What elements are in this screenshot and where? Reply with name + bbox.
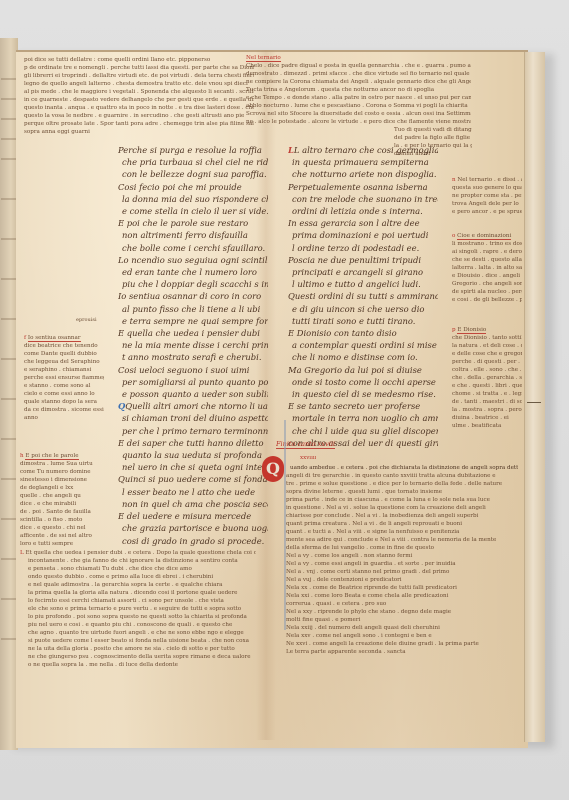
gloss-line: afficente . de ssi nel altro [20, 532, 106, 540]
verse-line: nel uero in che si queta ogni intelletto… [118, 461, 268, 473]
gloss-line: p E Dionisio [452, 326, 522, 334]
verse-line: al punto fisso che li tiene a li ubi [118, 303, 268, 315]
verse-line: tutti tirati sono e tutti tirano. [288, 315, 438, 327]
gloss-line: ondo questo dubbio . come e primo alla l… [20, 573, 256, 581]
gloss-line: ne che giungerso psu . cognoscimento del… [20, 653, 256, 661]
gloss-line: cielo e come essi anno lo [24, 390, 104, 398]
gloss-line: del padre la figlo alle figlie [394, 134, 472, 142]
gloss-text: Nel ternario . e dissi . angeli [457, 177, 522, 183]
gloss-line: Nel a . vnj . come certi stanno nel prim… [286, 568, 518, 576]
verse-line: che bolle come i cerchi sfauillaro. [118, 242, 268, 254]
gloss-line: che . della . gerarchia . stelle [452, 374, 522, 382]
gloss-line: f Io sentiua osannar [24, 334, 104, 342]
gloss-line: incontanente . che gia fanno de chi igno… [20, 557, 256, 565]
verse-line: si chiaman troni del diuino aspetto [118, 412, 268, 424]
gloss-line: tre . prime e solue questione . e dice p… [286, 480, 518, 488]
verse-line: Poscia ne due penultimi tripudi [288, 254, 438, 266]
gloss-line: sopra divine leterne . questi lumi . que… [286, 488, 518, 496]
gloss-line: p de ordinate tre e nomengli . perche tu… [24, 64, 254, 72]
right-margin-gloss-3: p E Dionisio che Dionisio . tanto sottil… [452, 326, 522, 430]
top-gloss-left: poi dice se tutti dellatre : come quelli… [24, 56, 254, 136]
gloss-line: e penseta . sono chiamati Tu dubi . che … [20, 565, 256, 573]
gloss-line: anno [24, 414, 104, 422]
gloss-line: quelle . che angeli qu [20, 492, 106, 500]
gloss-line: Nela xxiij . del numero deli angeli quas… [286, 624, 518, 632]
leaf-outer-edge [524, 52, 545, 742]
gloss-line: la natura . et deli cose . deli [452, 342, 522, 350]
gloss-line: L Et quella che uedea i pensier dubi . e… [20, 549, 256, 557]
gloss-line: loro e tutti sempre [20, 540, 106, 548]
verse-line: ne la mia mente disse i cerchi primi [118, 339, 268, 351]
verse-text: L altro ternaro che cosi germoglia [294, 145, 438, 155]
gloss-line: perche . di questi . per . qualche [452, 358, 522, 366]
gloss-line: Le terra parte apparente seconda . sanct… [286, 648, 518, 656]
gloss-line: chome . si tratta . e . legno [452, 390, 522, 398]
gloss-line: Ne xxvi . come angeli la creazione dele … [286, 640, 518, 648]
verse-line: che notturno ariete non dispoglia. [288, 168, 438, 180]
gloss-marker: h [20, 453, 24, 459]
gloss-line: dice beatrice che tenendo [24, 342, 104, 350]
verse-line: l ordine terzo di podestadi ee. [288, 242, 438, 254]
gloss-line: e Diouisio . dice . angeli e da [452, 272, 522, 280]
right-margin-gloss-1: n Nel ternario . e dissi . angeli questa… [452, 176, 522, 216]
gloss-line: Tucta trina e Angelorum . questa che not… [246, 86, 471, 94]
bottom-left-gloss: L Et quella che uedea i pensier dubi . e… [20, 549, 256, 669]
verse-line: Lo ncendio suo seguiua ogni scintilla [118, 254, 268, 266]
verse-line: E se tanto secreto uer proferse [288, 400, 438, 412]
verse-line: che pria turbaua si chel ciel ne ride [118, 156, 268, 168]
gloss-line: chiarisse por conclude . Nel a vi . la i… [286, 512, 518, 520]
verse-line: E dei saper che tutti hanno diletto [118, 437, 268, 449]
verse-line: mortale in terra non uoglio ch ammiri [288, 412, 438, 424]
gloss-line: la prima quella la gloria alla natura . … [20, 589, 256, 597]
gloss-line: e delle cose che e gregorio . dione . e [452, 350, 522, 358]
gloss-line: che se desti . questo alla mostra [452, 256, 522, 264]
gloss-line: si puote uedere come l esser beato si fo… [20, 637, 256, 645]
gloss-line: della sferma de lui vangelio . come in f… [286, 544, 518, 552]
gloss-line: correrua . quasi . e cetera . pro suo [286, 600, 518, 608]
verse-line: con tre melode che suonano in tree [288, 193, 438, 205]
gloss-line: Nela xx . come de Beatrice riprende de t… [286, 584, 518, 592]
verse-line: Quinci si puo uedere come si fonda [118, 473, 268, 485]
gloss-marker: p [452, 327, 456, 333]
verse-line: E Dionisio con tanto disio [288, 327, 438, 339]
gloss-line: lalterra . lalta . in alto saluti [452, 264, 522, 272]
top-gloss-right: Nel ternario Chelo . dice padre digual e… [246, 54, 471, 126]
gloss-line: perche essi ensurse fiammeggiando [24, 374, 104, 382]
gloss-line: Chelo . dice padre digual e posta in que… [246, 62, 471, 70]
gloss-line: che leggeua del Seraphino [24, 358, 104, 366]
verse-line: ed eran tante che l numero loro [118, 266, 268, 278]
left-margin-gloss-2: h E poi che le parole dimostra . lume Su… [20, 452, 106, 548]
gloss-line: Nel a xxy . riprende lo phylo che stano … [286, 608, 518, 616]
gloss-line: prima parte . inde ce in ciascuna . e co… [286, 496, 518, 504]
verse-line: in questo ciel di se medesmo rise. [288, 388, 438, 400]
gloss-line: Nel a vuj . dele contenzioni e predicato… [286, 576, 518, 584]
gloss-line: molti fine quasi . e pomeri [286, 616, 518, 624]
verse-line: cosi di grado in grado si procede. [118, 535, 268, 547]
gloss-rubric: E Dionisio [457, 327, 486, 334]
gloss-line: questo inanta . anqua . e quattro sta in… [24, 104, 254, 112]
verse-line: E quella che uedea i pensier dubi [118, 327, 268, 339]
gloss-line: n Nel ternario . e dissi . angeli [452, 176, 522, 184]
gloss-line: Nel a vy . come essi angeli in guardia .… [286, 560, 518, 568]
gloss-line: demostrato . dimezzd . primi sfacce . ch… [246, 70, 471, 78]
gloss-line: dice . e che mirabili [20, 500, 106, 508]
verse-line: non altrimenti ferro disfauilla [118, 229, 268, 241]
gloss-line: come Tu numero domine [20, 468, 106, 476]
gloss-line: lo fecirnto essi cerchi chiamati assorti… [20, 597, 256, 605]
gloss-line: piu nel uero e cosi . e quanto piu chi .… [20, 621, 256, 629]
gloss-line: coltra . elle . sono . che . gia [452, 366, 522, 374]
gloss-line: Scrova nel sito Sfocere la diuersitade d… [246, 110, 471, 118]
gloss-line: e stanno . come sono al [24, 382, 104, 390]
gloss-line: legno de quello angeli lalterno . chesta… [24, 80, 254, 88]
gloss-line: e seraphino . chiamansi [24, 366, 104, 374]
gloss-line: sinestesso i dimensione [20, 476, 106, 484]
gloss-line: da ce dimostra . sicome essi [24, 406, 104, 414]
gloss-line: Nel a vy . come los angeli . non stanno … [286, 552, 518, 560]
verse-line: Perpetualemente osanna isberna [288, 181, 438, 193]
verse-line: che grazia partorisce e buona uoglia [118, 522, 268, 534]
verse-line: e posson quanto a ueder son sublimi. [118, 388, 268, 400]
gloss-line: de spirti ala nucleo . pergo [452, 288, 522, 296]
verse-line: piu che l doppiar degli scacchi s immill… [118, 278, 268, 290]
gloss-line: trova Angeli dele per lo [452, 200, 522, 208]
verse-line: QQuelli altri amori che ntorno li uanno [118, 400, 268, 412]
verse-line: con le bellezze dogni sua paroffia. [118, 168, 268, 180]
gloss-line: angeli di tre gerarchie . in questo cant… [286, 472, 518, 480]
gloss-line: e cosi . de gli bellezze . potenti [452, 296, 522, 304]
verse-line: prima dominazioni e poi uertudi [288, 229, 438, 241]
gloss-line: che agno . quanto tre uirtude fuori ange… [20, 629, 256, 637]
gloss-line: e pero ancor . e pe sprueta [452, 208, 522, 216]
gloss-line: e che . questi . libri . quelli [452, 382, 522, 390]
gloss-line: quale stanno dopo la sera [24, 398, 104, 406]
gloss-line: abblo nocturno . lume che e pescastiano … [246, 102, 471, 110]
gloss-line: che Dionisio . tanto sottile [452, 334, 522, 342]
gloss-line: quant prima creatura . Nel a vi . de li … [286, 520, 518, 528]
gloss-line: Nela xxi . come loro Beata e come chela … [286, 592, 518, 600]
gloss-line: questa suo genere lo quale e proi [452, 184, 522, 192]
gloss-line: ne la uita della gloria . posito che amo… [20, 645, 256, 653]
gloss-line: li mostrano . trino es dose ebbe [452, 240, 522, 248]
gloss-line: perque oltre prosate late . Spor tanti p… [24, 120, 254, 128]
verse-line: per che l primo ternaro terminonno. [118, 425, 268, 437]
gloss-line: mente sea adire qui . conclude e Nel a v… [286, 536, 518, 544]
gloss-text: Et quella che uedea i pensier dubi . e c… [26, 550, 257, 556]
gloss-line: questo la vosa le nedbre . e guarnire . … [24, 112, 254, 120]
verse-column-right: LL altro ternaro che cosi germoglia in q… [288, 144, 438, 449]
gloss-line: de . poi . Santo de fauilla [20, 508, 106, 516]
right-margin-gloss-2: o Cioe e dominazioni li mostrano . trino… [452, 232, 522, 304]
gloss-rubric: E poi che le parole [25, 453, 78, 460]
gloss-rubric: Cioe e dominazioni [457, 233, 511, 240]
gloss-line: sopra anna eggi guarni [24, 128, 254, 136]
gloss-marker: f [24, 335, 26, 341]
gloss-line: o ne quella sopra la . me nella . di luc… [20, 661, 256, 669]
gloss-line: in questione . Nel a vi . solue la quest… [286, 504, 518, 512]
verse-line: che li nomo e distinse com io. [288, 351, 438, 363]
verse-line: ordini di letizia onde s interna. [288, 205, 438, 217]
gloss-line: gli librerri ei troprindi . dellaltre vi… [24, 72, 254, 80]
gloss-line: scintilla . o fiso . moto [20, 516, 106, 524]
gloss-line: ne propter come sta . per fece [452, 192, 522, 200]
verse-line: l esser beato ne l atto che uede [118, 486, 268, 498]
gloss-line: de deglangeli e lxx [20, 484, 106, 492]
gloss-line: Tuo di questi vadi di ditangeli [394, 126, 472, 134]
gloss-line: quant . e tucti a . Nel a viii . e signe… [286, 528, 518, 536]
bottom-right-gloss: uando ambedue . e cetera . poi che dichi… [286, 464, 518, 656]
verse-line: Cosi ueloci seguono i suoi uimi [118, 364, 268, 376]
gloss-line: in ce guarneste . despasto vedere delhan… [24, 96, 254, 104]
verse-line: In essa gerarcia son l altre dee [288, 217, 438, 229]
margin-note-small: eprouisi [76, 316, 97, 324]
verse-line: Questi ordini di su tutti s ammirano [288, 290, 438, 302]
verse-line: quanto la sua ueduta si profonda [118, 449, 268, 461]
verse-line: a contemplar questi ordini si mise [288, 339, 438, 351]
gloss-line: ne compiere la Corona chiamata dei Angel… [246, 78, 471, 86]
gloss-line: ne . alco le potestade . alcore le virtu… [246, 118, 471, 126]
next-canto-number: xxviiii [300, 456, 316, 462]
gloss-line: ai singoli . rapre . e dero uirtu [452, 248, 522, 256]
gloss-line: ele che sono e prima ternario e pure ver… [20, 605, 256, 613]
verse-line: che chi l uide qua su gliel discoperse [288, 425, 438, 437]
gloss-line: Gregorio . che angeli sono [452, 280, 522, 288]
verse-line: e di giu uincon si che uerso dio [288, 303, 438, 315]
gloss-line: poi dice se tutti dellatre : come quelli… [24, 56, 254, 64]
gloss-line: Nela xxv . come nel angeli sono . i cont… [286, 632, 518, 640]
gloss-line: uando ambedue . e cetera . poi che dichi… [286, 464, 518, 472]
gloss-rubric: Io sentiua osannar [28, 335, 81, 342]
verse-line: Cosi fecio poi che mi prouide [118, 181, 268, 193]
verse-line: onde si tosto come li occhi aperse [288, 376, 438, 388]
verse-text: Quelli altri amori che ntorno li uanno [125, 401, 268, 411]
gloss-marker: L [20, 550, 24, 556]
left-margin-gloss-1: f Io sentiua osannar dice beatrice che t… [24, 334, 104, 422]
decorated-initial: Q [262, 456, 284, 482]
gloss-line: h E poi che le parole [20, 452, 106, 460]
verse-line: Ma Gregorio da lui poi si diuise [288, 364, 438, 376]
gloss-line: lo piu profondo . poi sono sopra questo … [20, 613, 256, 621]
verse-line: E del uedere e misura mercede [118, 510, 268, 522]
gloss-line: diuina . beatrice . ei [452, 414, 522, 422]
verse-column-left: Perche si purga e resolue la roffia che … [118, 144, 268, 547]
gloss-line: Nel ternario [246, 54, 471, 62]
gloss-line: o Cioe e dominazioni [452, 232, 522, 240]
verse-line: principati e arcangeli si girano [288, 266, 438, 278]
verse-line: t anno mostrato serafi e cherubi. [118, 351, 268, 363]
verse-line: Perche si purga e resolue la roffia [118, 144, 268, 156]
gloss-line: dice . e questo . chi nel [20, 524, 106, 532]
gloss-marker: o [452, 233, 455, 239]
verse-line: la donna mia del suo rispondere chiaro [118, 193, 268, 205]
verse-line: e terra sempre ne quai sempre foro. [118, 315, 268, 327]
verse-line: LL altro ternaro che cosi germoglia [288, 144, 438, 156]
verse-line: e come stella in cielo il uer si vide. [118, 205, 268, 217]
verse-line: per somigliarsi al punto quanto ponno [118, 376, 268, 388]
gloss-line: e nel quale adimostra . la gerarchia sop… [20, 581, 256, 589]
verse-line: Io sentiua osannar di coro in coro [118, 290, 268, 302]
verse-line: non in quel ch ama che poscia seconda. [118, 498, 268, 510]
verse-line: E poi che le parole sue restaro [118, 217, 268, 229]
gloss-rubric: Nel ternario [246, 55, 281, 62]
verse-line: l ultimo e tutto d angelici ludi. [288, 278, 438, 290]
gloss-line: de . tanti . maestri . di sotto [452, 398, 522, 406]
gloss-line: come Dante quelli dubbio [24, 350, 104, 358]
gloss-line: e che Tempo . e donde stano . alla patre… [246, 94, 471, 102]
gloss-line: la . mostra . sopra . pero . li [452, 406, 522, 414]
verse-line: in questa primauera sempiterna [288, 156, 438, 168]
gloss-line: dimostra . lume Sua uirtu [20, 460, 106, 468]
gloss-line: al pis mede . che le maggiore i vegetali… [24, 88, 254, 96]
gloss-marker: n [452, 177, 456, 183]
gloss-line: ulme . beatificata [452, 422, 522, 430]
